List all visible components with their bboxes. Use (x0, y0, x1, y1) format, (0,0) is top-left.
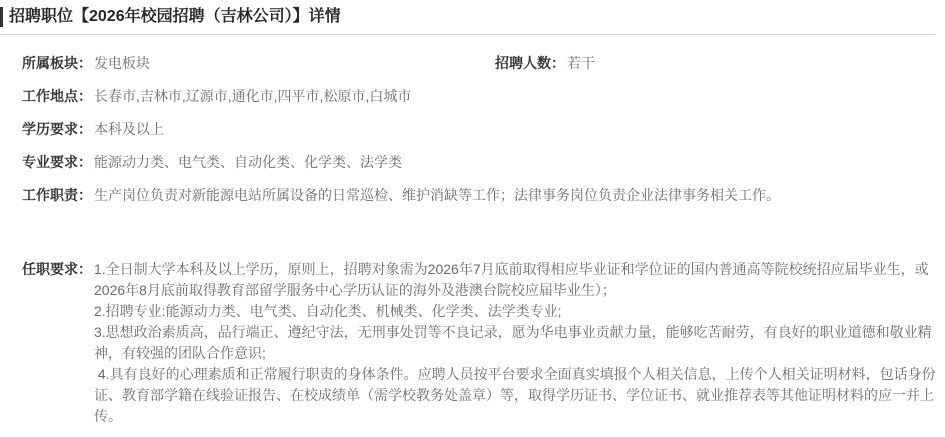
headcount-label: 招聘人数： (495, 53, 565, 73)
headcount-value: 若干 (565, 53, 595, 73)
requirements-label: 任职要求： (22, 259, 92, 279)
requirement-item: 4.具有良好的心理素质和正常履行职责的身体条件。应聘人员按平台要求全面真实填报个… (94, 364, 937, 427)
duties-label: 工作职责： (22, 185, 92, 205)
field-row-location: 工作地点： 长春市,吉林市,辽源市,通化市,四平市,松原市,白城市 (22, 86, 937, 106)
requirements-value: 1.全日制大学本科及以上学历，原则上，招聘对象需为2026年7月底前取得相应毕业… (92, 259, 937, 427)
field-section: 所属板块： 发电板块 (22, 53, 495, 73)
page-title: 招聘职位【2026年校园招聘（吉林公司）】详情 (0, 7, 341, 27)
job-detail-content: 所属板块： 发电板块 招聘人数： 若干 工作地点： 长春市,吉林市,辽源市,通化… (0, 35, 945, 427)
page-header: 招聘职位【2026年校园招聘（吉林公司）】详情 (0, 0, 945, 35)
field-row-duties: 工作职责： 生产岗位负责对新能源电站所属设备的日常巡检、维护消缺等工作；法律事务… (22, 185, 937, 205)
location-value: 长春市,吉林市,辽源市,通化市,四平市,松原市,白城市 (92, 86, 411, 106)
major-label: 专业要求： (22, 152, 92, 172)
requirement-item: 1.全日制大学本科及以上学历，原则上，招聘对象需为2026年7月底前取得相应毕业… (94, 259, 937, 301)
field-row-education: 学历要求： 本科及以上 (22, 119, 937, 139)
field-row-requirements: 任职要求： 1.全日制大学本科及以上学历，原则上，招聘对象需为2026年7月底前… (22, 259, 937, 427)
section-label: 所属板块： (22, 53, 92, 73)
requirement-item: 2.招聘专业:能源动力类、电气类、自动化类、机械类、化学类、法学类专业; (94, 301, 937, 322)
field-row-major: 专业要求： 能源动力类、电气类、自动化类、化学类、法学类 (22, 152, 937, 172)
requirement-item: 3.思想政治素质高，品行端正、遵纪守法，无刑事处罚等不良记录，愿为华电事业贡献力… (94, 322, 937, 364)
education-label: 学历要求： (22, 119, 92, 139)
education-value: 本科及以上 (92, 119, 164, 139)
duties-value: 生产岗位负责对新能源电站所属设备的日常巡检、维护消缺等工作；法律事务岗位负责企业… (92, 185, 780, 205)
location-label: 工作地点： (22, 86, 92, 106)
job-detail-page: 招聘职位【2026年校园招聘（吉林公司）】详情 所属板块： 发电板块 招聘人数：… (0, 0, 945, 437)
field-headcount: 招聘人数： 若干 (495, 53, 937, 73)
section-value: 发电板块 (92, 53, 150, 73)
field-row-section-headcount: 所属板块： 发电板块 招聘人数： 若干 (22, 53, 937, 73)
major-value: 能源动力类、电气类、自动化类、化学类、法学类 (92, 152, 402, 172)
